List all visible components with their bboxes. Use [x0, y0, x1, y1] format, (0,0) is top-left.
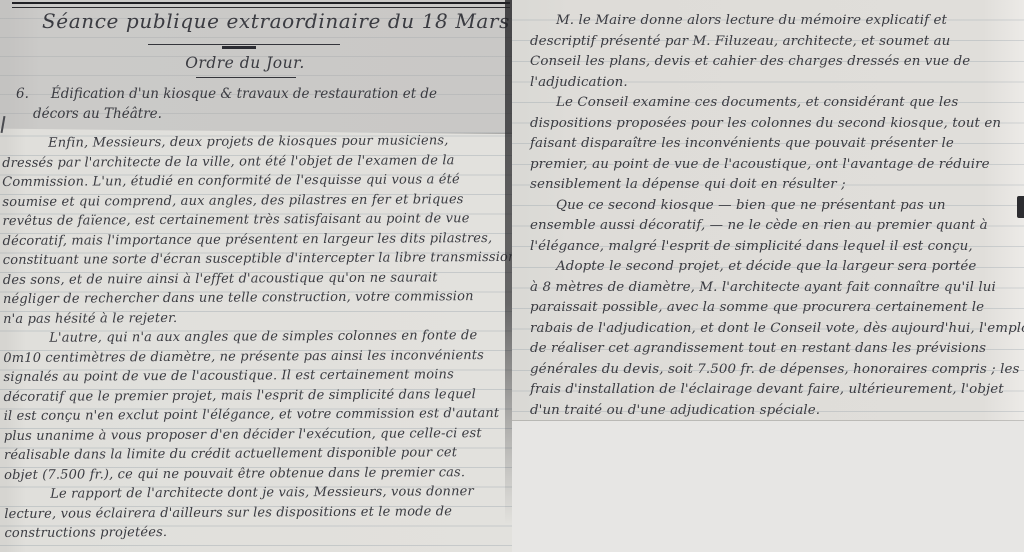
agenda-item-text-continued: décors au Théâtre. [33, 106, 162, 122]
manuscript-line: rabais de l'adjudication, et dont le Con… [530, 321, 1022, 342]
manuscript-line: d'un traité ou d'une adjudication spécia… [530, 403, 1022, 424]
manuscript-line: Que ce second kiosque — bien que ne prés… [530, 198, 1022, 219]
manuscript-line: constructions projetées. [4, 523, 510, 546]
manuscript-line: Le Conseil examine ces documents, et con… [530, 95, 1022, 116]
order-of-day-heading: Ordre du Jour. [0, 54, 490, 72]
manuscript-line: dispositions proposées pour les colonnes… [530, 116, 1022, 137]
title-underline-dash [222, 46, 256, 49]
scanned-manuscript: Séance publique extraordinaire du 18 Mar… [0, 0, 1024, 552]
order-of-day-underline [196, 77, 296, 78]
scanner-background [512, 421, 1024, 552]
left-page-body: Enfin, Messieurs, deux projets de kiosqu… [2, 133, 510, 546]
header-double-rule [12, 2, 510, 8]
manuscript-line: descriptif présenté par M. Filuzeau, arc… [530, 34, 1022, 55]
manuscript-line: M. le Maire donne alors lecture du mémoi… [530, 13, 1022, 34]
agenda-item-number: 6. [16, 86, 29, 102]
manuscript-line: ensemble aussi décoratif, — ne le cède e… [530, 218, 1022, 239]
manuscript-line: l'élégance, malgré l'esprit de simplicit… [530, 239, 1022, 260]
manuscript-line: à 8 mètres de diamètre, M. l'architecte … [530, 280, 1022, 301]
manuscript-line: l'adjudication. [530, 75, 1022, 96]
agenda-item: 6.Édification d'un kiosque & travaux de … [16, 86, 437, 102]
title-underline [148, 44, 340, 45]
agenda-item-text: Édification d'un kiosque & travaux de re… [51, 86, 437, 102]
manuscript-line: frais d'installation de l'éclairage deva… [530, 382, 1022, 403]
session-title: Séance publique extraordinaire du 18 Mar… [42, 9, 512, 33]
manuscript-line: Adopte le second projet, et décide que l… [530, 259, 1022, 280]
manuscript-line: paraissait possible, avec la somme que p… [530, 300, 1022, 321]
manuscript-line: sensiblement la dépense qui doit en résu… [530, 177, 1022, 198]
right-page: M. le Maire donne alors lecture du mémoi… [512, 0, 1024, 421]
manuscript-line: premier, au point de vue de l'acoustique… [530, 157, 1022, 178]
right-page-body: M. le Maire donne alors lecture du mémoi… [530, 13, 1022, 423]
manuscript-line: de réaliser cet agrandissement tout en r… [530, 341, 1022, 362]
manuscript-line: générales du devis, soit 7.500 fr. de dé… [530, 362, 1022, 383]
manuscript-line: Conseil les plans, devis et cahier des c… [530, 54, 1022, 75]
left-page: Séance publique extraordinaire du 18 Mar… [0, 0, 512, 552]
ink-blot [1017, 196, 1024, 218]
manuscript-line: faisant disparaître les inconvénients qu… [530, 136, 1022, 157]
